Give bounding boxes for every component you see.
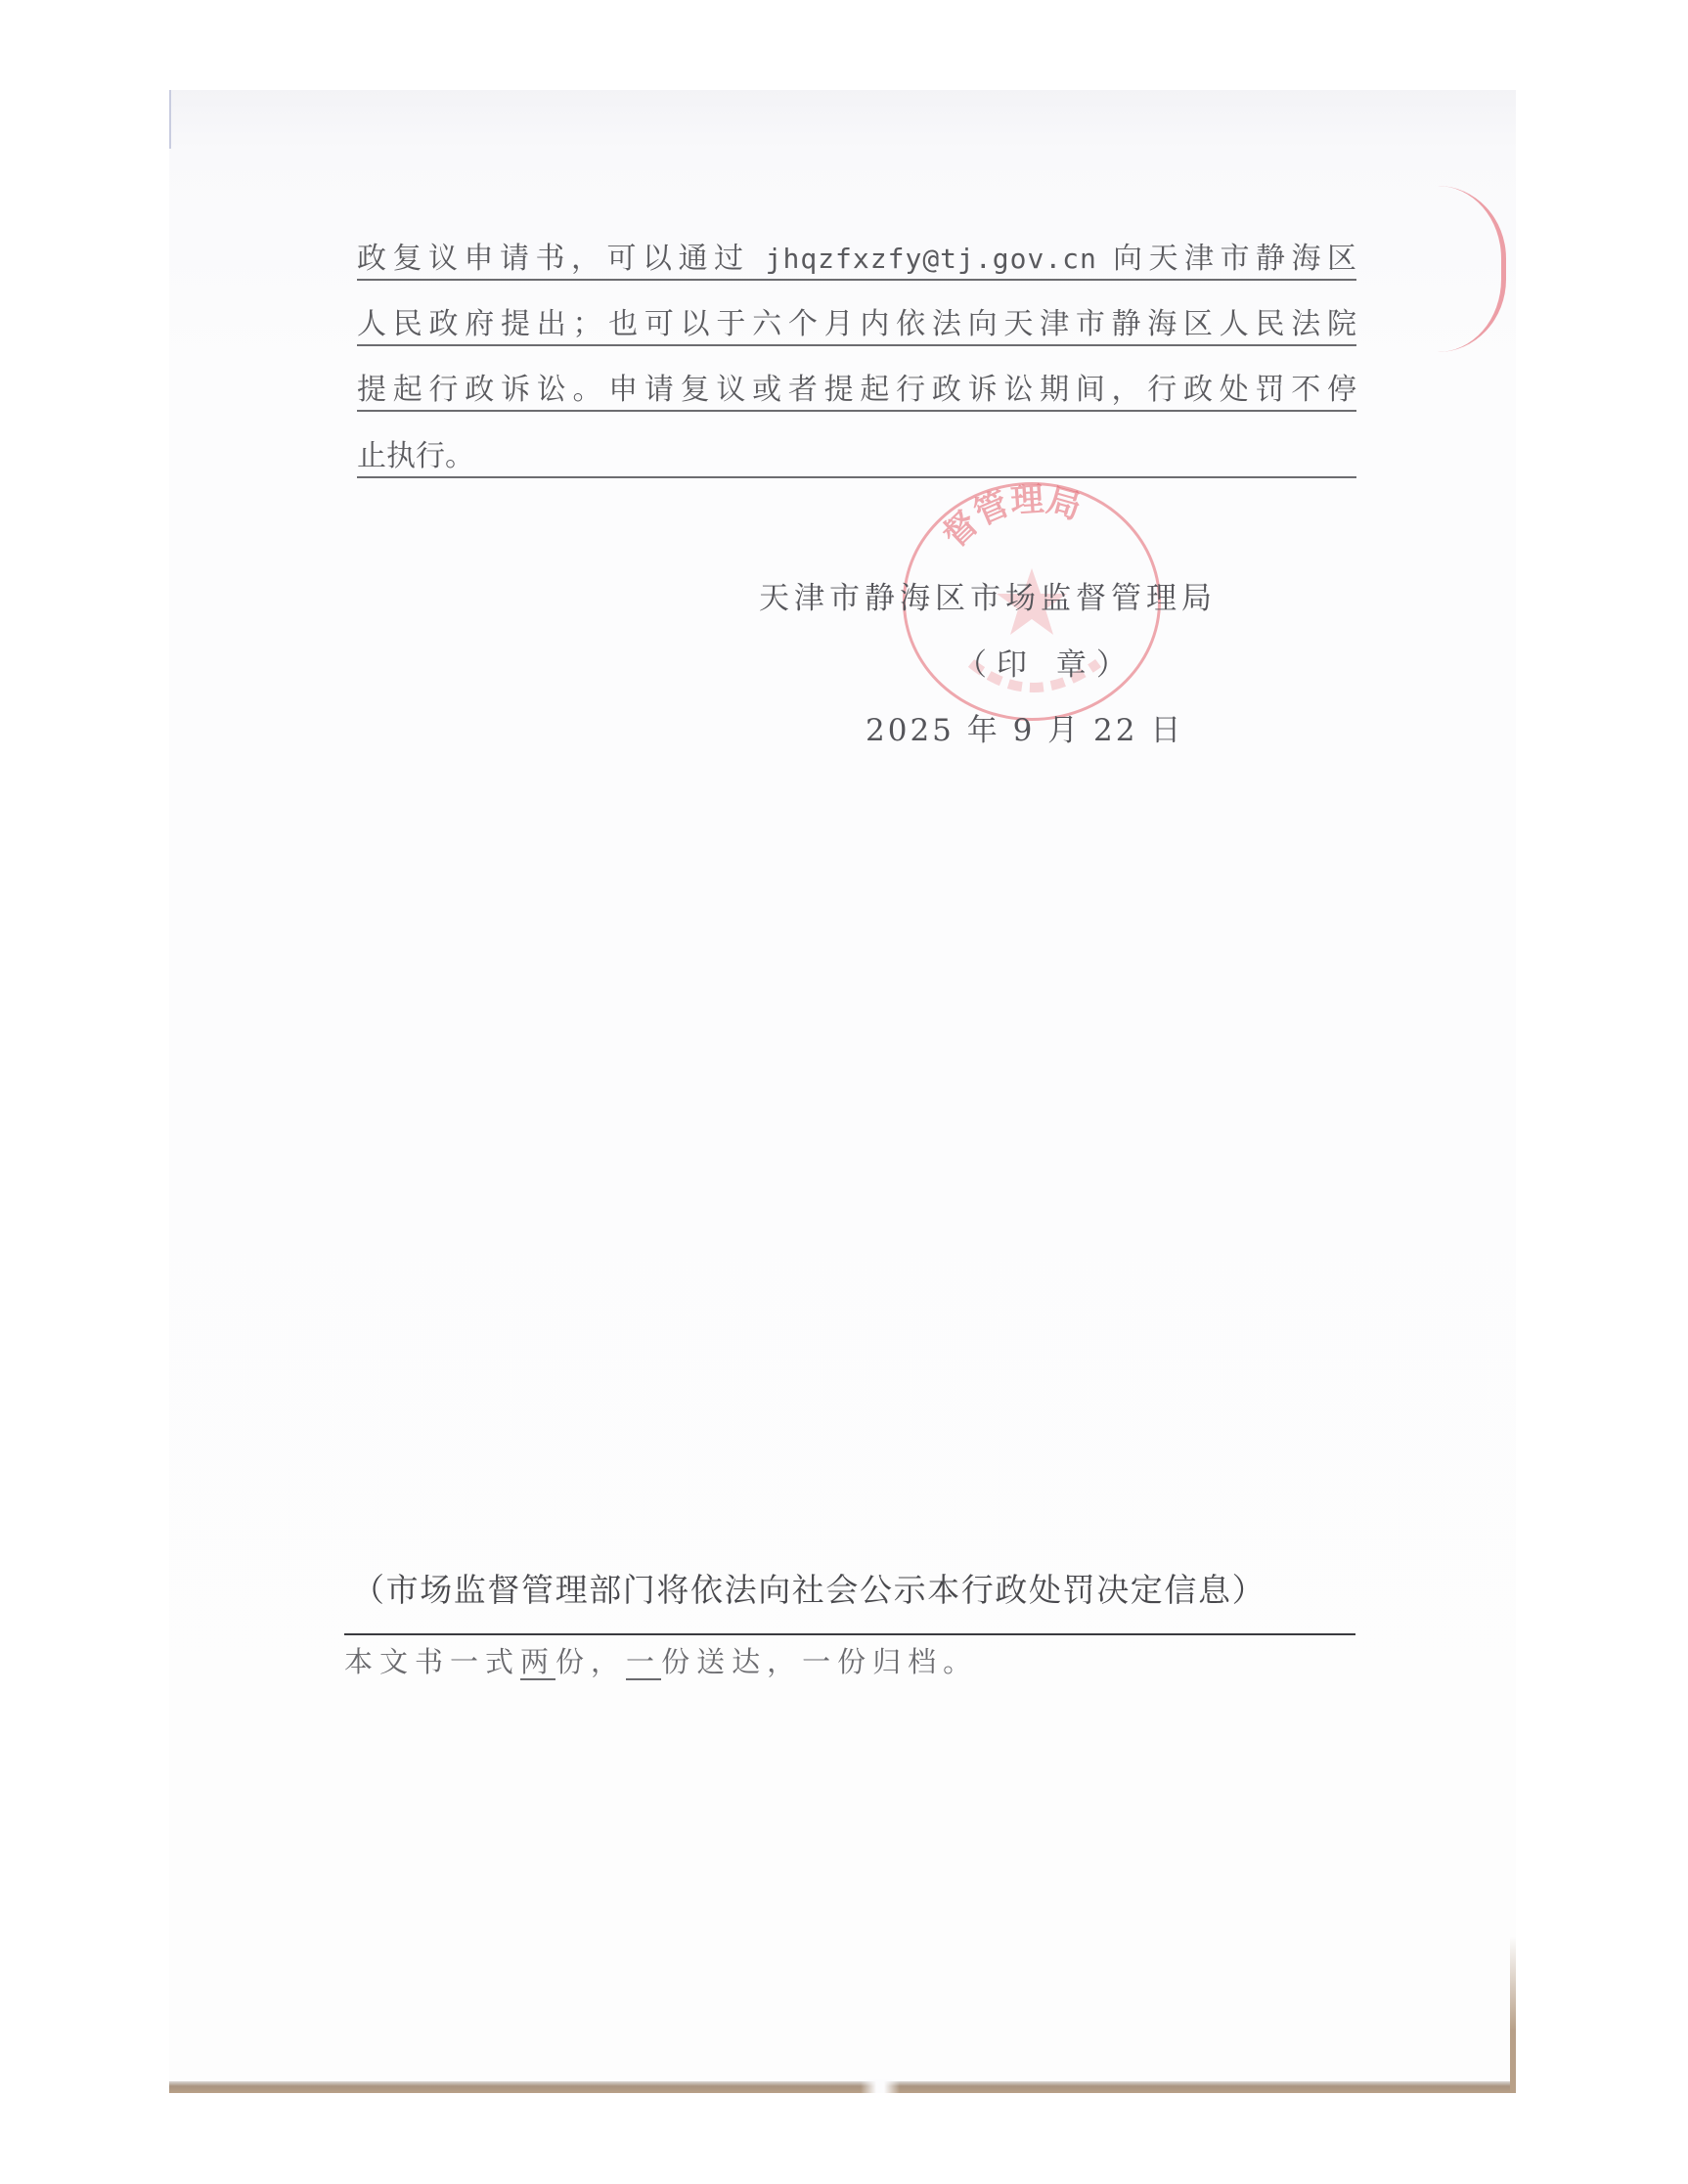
svg-text:督管理局: 督管理局: [935, 482, 1085, 556]
copies-served-field: 一: [626, 1645, 661, 1680]
body-line-4: 止执行。: [357, 437, 1356, 478]
email-address: jhqzfxzfy@tj.gov.cn: [766, 243, 1097, 275]
footer-separator: [344, 1633, 1355, 1635]
body-line-3: 提起行政诉讼。申请复议或者提起行政诉讼期间，行政处罚不停: [357, 371, 1356, 412]
copies-total-field: 两: [520, 1645, 555, 1680]
page-bottom-shadow: [169, 2081, 1516, 2093]
public-disclosure-notice: （市场监督管理部门将依法向社会公示本行政处罚决定信息）: [352, 1571, 1266, 1610]
seal-label: （印 章）: [956, 646, 1136, 685]
issue-date: 2025 年 9 月 22 日: [866, 711, 1183, 750]
page-right-shadow: [1510, 1937, 1516, 2093]
body-text: 向天津市静海区: [1097, 242, 1356, 276]
page-bottom-highlight: [861, 2079, 900, 2093]
copies-text: 本文书一式: [344, 1645, 520, 1678]
body-line-1: 政复议申请书，可以通过 jhqzfxzfy@tj.gov.cn 向天津市静海区: [357, 240, 1356, 281]
body-line-2: 人民政府提出；也可以于六个月内依法向天津市静海区人民法院: [357, 305, 1356, 346]
body-text: 政复议申请书，可以通过: [357, 242, 766, 276]
copies-statement: 本文书一式两份，一份送达，一份归档。: [344, 1643, 978, 1680]
page-edge: [169, 90, 171, 149]
copies-text: 份，: [555, 1645, 626, 1678]
issuing-organization: 天津市静海区市场监督管理局: [759, 579, 1217, 618]
copies-text: 份送达，一份归档。: [661, 1645, 978, 1678]
